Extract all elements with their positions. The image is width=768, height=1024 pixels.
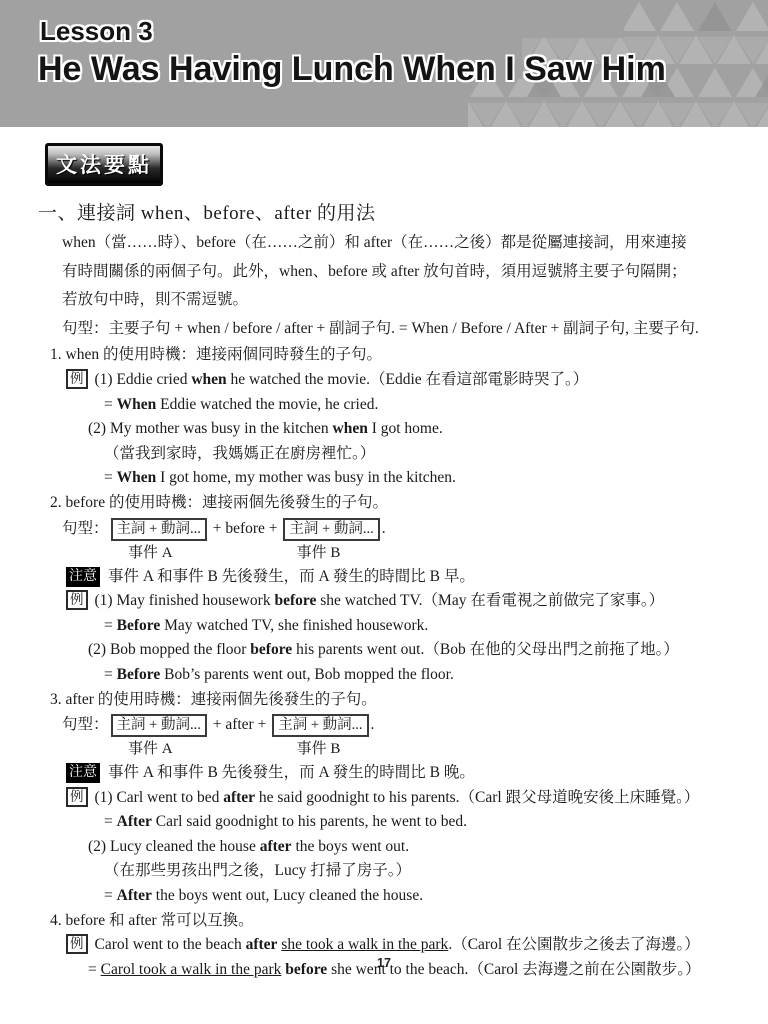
- text-segment: (2) Lucy cleaned the house: [88, 838, 260, 855]
- text-line: = When I got home, my mother was busy in…: [0, 466, 768, 491]
- text-segment: (1) May finished housework: [95, 592, 275, 609]
- text-segment: the boys went out.: [292, 838, 410, 855]
- text-segment: =: [104, 469, 117, 486]
- sentence-pattern-line: 句型：主詞 + 動詞... + before + 主詞 + 動詞....: [0, 516, 768, 542]
- text-segment: （在那些男孩出門之後，Lucy 打掃了房子。）: [104, 862, 411, 879]
- event-b-label: 事件 B: [297, 741, 341, 757]
- text-segment: (1) Carl went to bed: [95, 789, 224, 806]
- example-badge: 例: [66, 369, 88, 389]
- text-segment: =: [104, 396, 117, 413]
- text-segment: she took a walk in the park: [281, 936, 448, 953]
- text-segment: she watched TV.（May 在看電視之前做完了家事。）: [316, 592, 664, 609]
- text-segment: When: [117, 396, 157, 413]
- text-line: 例(1) Carl went to bed after he said good…: [0, 786, 768, 811]
- example-badge: 例: [66, 934, 88, 954]
- text-segment: after: [260, 838, 292, 855]
- sentence-pattern-line: 句型：主詞 + 動詞... + after + 主詞 + 動詞....: [0, 712, 768, 738]
- text-line: = After Carl said goodnight to his paren…: [0, 810, 768, 835]
- lesson-header-banner: Lesson 3 He Was Having Lunch When I Saw …: [0, 0, 768, 127]
- text-segment: when: [191, 371, 226, 388]
- text-segment: (2) Bob mopped the floor: [88, 641, 250, 658]
- text-segment: before: [274, 592, 316, 609]
- text-line: 例Carol went to the beach after she took …: [0, 933, 768, 958]
- text-segment: (2) My mother was busy in the kitchen: [88, 420, 333, 437]
- text-segment: =: [104, 666, 117, 683]
- text-segment: May watched TV, she finished housework.: [160, 617, 428, 634]
- text-segment: .（Carol 在公園散步之後去了海邊。）: [448, 936, 699, 953]
- pattern-end: .: [371, 716, 375, 733]
- text-segment: after: [246, 936, 278, 953]
- pattern-prefix: 句型：: [62, 520, 109, 537]
- text-line: 4. before 和 after 常可以互換。: [0, 909, 768, 934]
- pattern-conjunction: + before +: [209, 520, 282, 537]
- text-segment: he watched the movie.（Eddie 在看這部電影時哭了。）: [227, 371, 589, 388]
- text-segment: I got home.: [368, 420, 443, 437]
- grammar-content: when（當……時）、before（在……之前）和 after（在……之後）都是…: [0, 229, 768, 982]
- text-segment: 2. before 的使用時機：連接兩個先後發生的子句。: [50, 494, 388, 511]
- text-line: 例(1) May finished housework before she w…: [0, 589, 768, 614]
- text-line: 句型：主要子句 + when / before / after + 副詞子句. …: [0, 315, 768, 344]
- example-badge: 例: [66, 787, 88, 807]
- text-segment: 3. after 的使用時機：連接兩個先後發生的子句。: [50, 691, 377, 708]
- event-a-label: 事件 A: [128, 545, 173, 561]
- text-segment: =: [104, 617, 117, 634]
- text-segment: Before: [117, 617, 161, 634]
- text-line: (2) Lucy cleaned the house after the boy…: [0, 835, 768, 860]
- pattern-end: .: [382, 520, 386, 537]
- text-segment: After: [117, 813, 152, 830]
- text-segment: Bob’s parents went out, Bob mopped the f…: [160, 666, 454, 683]
- text-segment: when: [333, 420, 368, 437]
- event-b-label: 事件 B: [297, 545, 341, 561]
- text-line: （當我到家時，我媽媽正在廚房裡忙。）: [0, 442, 768, 467]
- lesson-title: He Was Having Lunch When I Saw Him: [38, 50, 666, 89]
- grammar-points-badge: 文法要點: [45, 143, 163, 186]
- text-segment: Before: [117, 666, 161, 683]
- text-segment: 句型：主要子句 + when / before / after + 副詞子句. …: [62, 320, 699, 337]
- text-segment: 事件 A 和事件 B 先後發生，而 A 發生的時間比 B 早。: [108, 568, 475, 585]
- text-segment: 4. before 和 after 常可以互換。: [50, 912, 254, 929]
- text-line: 有時間關係的兩個子句。此外，when、before 或 after 放句首時，須…: [0, 258, 768, 287]
- text-line: (2) Bob mopped the floor before his pare…: [0, 638, 768, 663]
- text-line: 例(1) Eddie cried when he watched the mov…: [0, 368, 768, 393]
- text-line: 若放句中時，則不需逗號。: [0, 286, 768, 315]
- text-segment: when（當……時）、before（在……之前）和 after（在……之後）都是…: [62, 234, 687, 251]
- note-badge: 注意: [66, 763, 100, 783]
- text-segment: 有時間關係的兩個子句。此外，when、before 或 after 放句首時，須…: [62, 263, 687, 280]
- text-line: 注意事件 A 和事件 B 先後發生，而 A 發生的時間比 B 晚。: [0, 761, 768, 786]
- text-segment: =: [104, 813, 117, 830]
- pattern-event-labels: 事件 A事件 B: [0, 542, 768, 565]
- pattern-box: 主詞 + 動詞...: [283, 518, 379, 541]
- pattern-box: 主詞 + 動詞...: [111, 714, 207, 737]
- text-segment: 事件 A 和事件 B 先後發生，而 A 發生的時間比 B 晚。: [108, 764, 475, 781]
- text-segment: Eddie watched the movie, he cried.: [156, 396, 378, 413]
- note-badge: 注意: [66, 567, 100, 587]
- page-number: 17: [0, 956, 768, 970]
- text-segment: (1) Eddie cried: [95, 371, 192, 388]
- pattern-event-labels: 事件 A事件 B: [0, 738, 768, 761]
- pattern-box: 主詞 + 動詞...: [272, 714, 368, 737]
- text-line: = Before May watched TV, she finished ho…: [0, 614, 768, 639]
- text-line: 2. before 的使用時機：連接兩個先後發生的子句。: [0, 491, 768, 516]
- section-heading: 一、連接詞 when、before、after 的用法: [38, 198, 768, 225]
- text-line: when（當……時）、before（在……之前）和 after（在……之後）都是…: [0, 229, 768, 258]
- text-segment: Carl said goodnight to his parents, he w…: [152, 813, 467, 830]
- text-line: 3. after 的使用時機：連接兩個先後發生的子句。: [0, 688, 768, 713]
- text-segment: After: [117, 887, 152, 904]
- text-segment: 若放句中時，則不需逗號。: [62, 291, 248, 308]
- text-segment: （當我到家時，我媽媽正在廚房裡忙。）: [104, 445, 375, 462]
- text-segment: before: [250, 641, 292, 658]
- example-badge: 例: [66, 590, 88, 610]
- text-segment: Carol went to the beach: [95, 936, 246, 953]
- pattern-box: 主詞 + 動詞...: [111, 518, 207, 541]
- text-line: = When Eddie watched the movie, he cried…: [0, 393, 768, 418]
- text-line: 注意事件 A 和事件 B 先後發生，而 A 發生的時間比 B 早。: [0, 565, 768, 590]
- pattern-conjunction: + after +: [209, 716, 270, 733]
- text-line: = After the boys went out, Lucy cleaned …: [0, 884, 768, 909]
- lesson-number-label: Lesson 3: [40, 16, 153, 47]
- text-line: 1. when 的使用時機：連接兩個同時發生的子句。: [0, 343, 768, 368]
- text-line: = Before Bob’s parents went out, Bob mop…: [0, 663, 768, 688]
- textbook-page: { "header": { "lesson_label": "Lesson 3"…: [0, 0, 768, 1024]
- pattern-prefix: 句型：: [62, 716, 109, 733]
- text-segment: =: [104, 887, 117, 904]
- event-a-label: 事件 A: [128, 741, 173, 757]
- text-line: (2) My mother was busy in the kitchen wh…: [0, 417, 768, 442]
- text-segment: 1. when 的使用時機：連接兩個同時發生的子句。: [50, 346, 382, 363]
- text-segment: the boys went out, Lucy cleaned the hous…: [152, 887, 423, 904]
- text-line: （在那些男孩出門之後，Lucy 打掃了房子。）: [0, 859, 768, 884]
- text-segment: When: [117, 469, 157, 486]
- text-segment: I got home, my mother was busy in the ki…: [156, 469, 456, 486]
- text-segment: after: [223, 789, 255, 806]
- text-segment: his parents went out.（Bob 在他的父母出門之前拖了地。）: [292, 641, 679, 658]
- text-segment: he said goodnight to his parents.（Carl 跟…: [255, 789, 699, 806]
